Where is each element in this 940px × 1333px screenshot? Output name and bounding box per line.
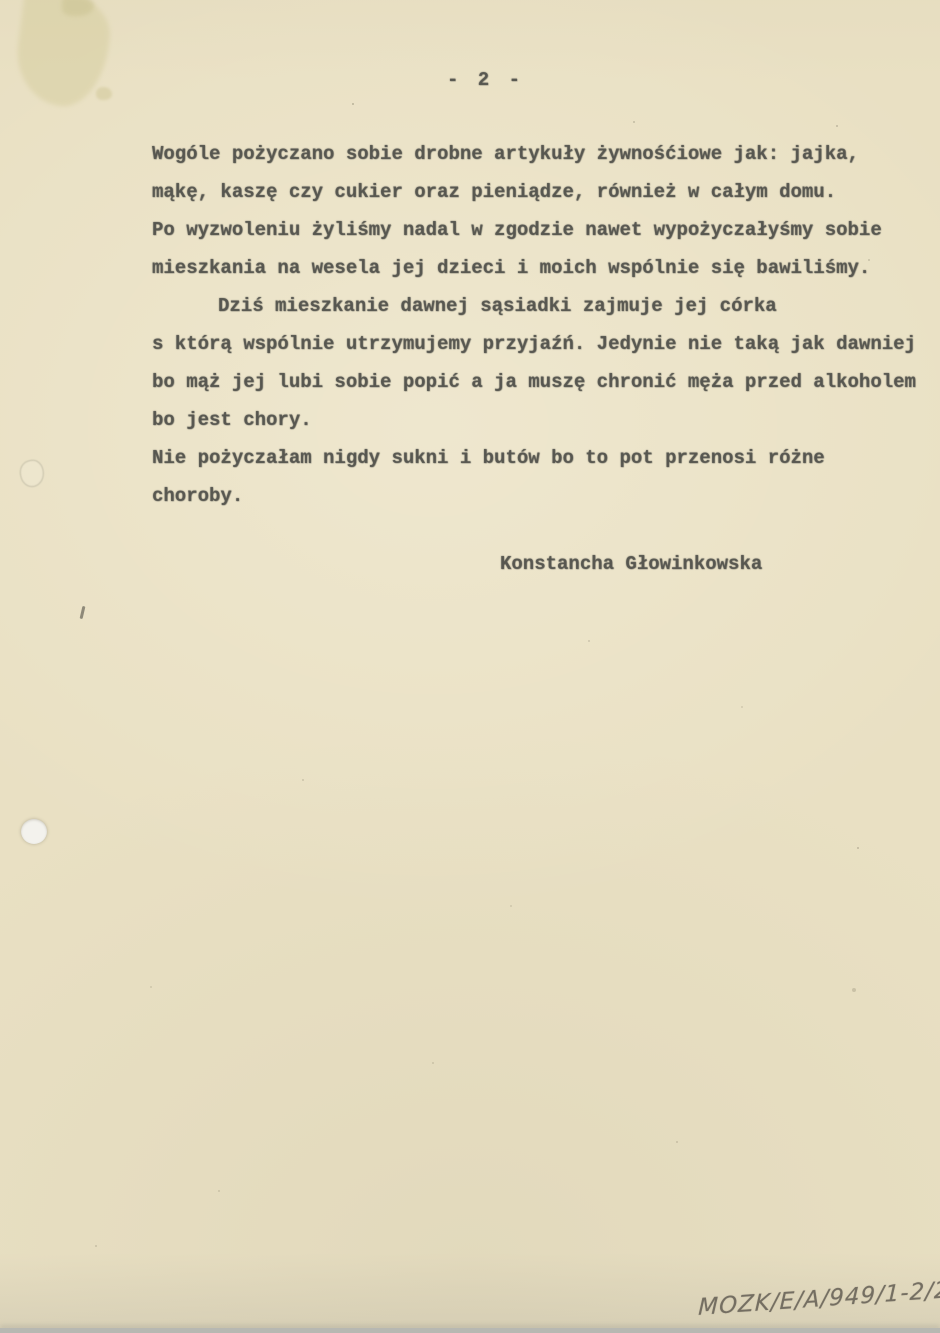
paper-specks <box>0 0 2 2</box>
signature-name: Konstancha Głowinkowska <box>500 553 762 575</box>
paper-stain-spot <box>96 87 112 100</box>
text-line-6: s którą wspólnie utrzymujemy przyjaźń. J… <box>152 333 916 355</box>
text-line-3: Po wyzwoleniu żyliśmy nadal w zgodzie na… <box>152 219 882 241</box>
text-line-8: bo jest chory. <box>152 409 312 431</box>
archive-reference-handwritten: MOZK/E/A/949/1-2/2 <box>698 1277 940 1321</box>
page-number: - 2 - <box>447 69 524 91</box>
faint-circle-mark <box>17 457 47 489</box>
punch-hole <box>21 819 47 844</box>
text-line-7: bo mąż jej lubi sobie popić a ja muszę c… <box>152 371 916 393</box>
scan-bottom-edge <box>0 1328 940 1333</box>
pencil-mark <box>80 606 86 619</box>
scanned-document-page: - 2 - Wogóle pożyczano sobie drobne arty… <box>0 0 940 1333</box>
text-line-5-indented: Dziś mieszkanie dawnej sąsiadki zajmuje … <box>218 295 777 317</box>
text-line-1: Wogóle pożyczano sobie drobne artykuły ż… <box>152 143 859 165</box>
text-line-10: choroby. <box>152 485 243 507</box>
text-line-2: mąkę, kaszę czy cukier oraz pieniądze, r… <box>152 181 836 203</box>
text-line-4: mieszkania na wesela jej dzieci i moich … <box>152 257 870 279</box>
text-line-9: Nie pożyczałam nigdy sukni i butów bo to… <box>152 447 825 469</box>
